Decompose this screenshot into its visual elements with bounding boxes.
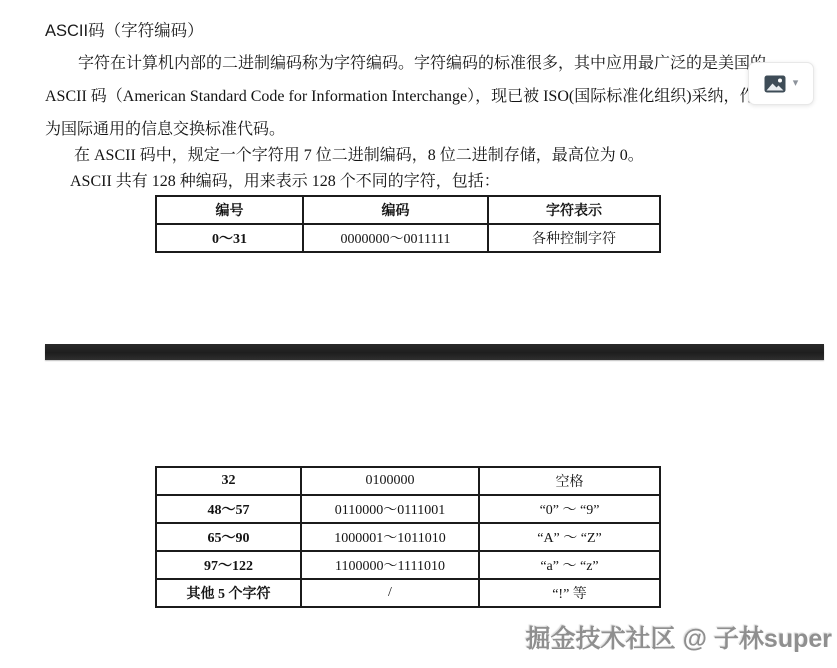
- table-row: 32 0100000 空格: [156, 467, 660, 495]
- table-cell: 0000000～0011111: [303, 224, 488, 252]
- table-header-cell: 字符表示: [488, 196, 660, 224]
- paragraph-line-3: 为国际通用的信息交换标准代码。: [45, 120, 285, 140]
- table-row: 0～31 0000000～0011111 各种控制字符: [156, 224, 660, 252]
- paragraph-line-4: 在 ASCII 码中，规定一个字符用 7 位二进制编码，8 位二进制存储，最高位…: [74, 146, 644, 166]
- table-cell: 1100000～1111010: [301, 551, 479, 579]
- chevron-down-icon: ▾: [793, 78, 799, 89]
- table-cell: 1000001～1011010: [301, 523, 479, 551]
- table-cell: 各种控制字符: [488, 224, 660, 252]
- table-cell: /: [301, 579, 479, 607]
- ascii-table-top: 编号 编码 字符表示 0～31 0000000～0011111 各种控制字符: [155, 195, 661, 253]
- table-cell: “A” ～ “Z”: [479, 523, 660, 551]
- table-cell: 48～57: [156, 495, 301, 523]
- table-cell: 97～122: [156, 551, 301, 579]
- paragraph-line-2: ASCII 码（American Standard Code for Infor…: [45, 87, 756, 107]
- page-break-divider: [45, 344, 824, 360]
- paragraph-line-5: ASCII 共有 128 种编码，用来表示 128 个不同的字符，包括：: [70, 172, 500, 192]
- table-header-cell: 编号: [156, 196, 303, 224]
- table-cell: 其他 5 个字符: [156, 579, 301, 607]
- insert-image-button[interactable]: ▾: [748, 62, 814, 105]
- paragraph-line-1: 字符在计算机内部的二进制编码称为字符编码。字符编码的标准很多，其中应用最广泛的是…: [78, 54, 766, 74]
- table-row: 48～57 0110000～0111001 “0” ～ “9”: [156, 495, 660, 523]
- table-cell: 0110000～0111001: [301, 495, 479, 523]
- document-page: ASCII码（字符编码） 字符在计算机内部的二进制编码称为字符编码。字符编码的标…: [0, 0, 837, 668]
- watermark: 掘金技术社区 @ 子林super: [526, 619, 832, 655]
- table-header-cell: 编码: [303, 196, 488, 224]
- table-cell: 0100000: [301, 467, 479, 495]
- table-cell: “!” 等: [479, 579, 660, 607]
- table-cell: 0～31: [156, 224, 303, 252]
- table-cell: “0” ～ “9”: [479, 495, 660, 523]
- table-cell: “a” ～ “z”: [479, 551, 660, 579]
- table-cell: 空格: [479, 467, 660, 495]
- image-icon: [764, 75, 786, 93]
- table-row: 65～90 1000001～1011010 “A” ～ “Z”: [156, 523, 660, 551]
- page-title: ASCII码（字符编码）: [45, 17, 204, 41]
- table-row: 其他 5 个字符 / “!” 等: [156, 579, 660, 607]
- table-header-row: 编号 编码 字符表示: [156, 196, 660, 224]
- ascii-table-bottom: 32 0100000 空格 48～57 0110000～0111001 “0” …: [155, 466, 661, 608]
- table-cell: 32: [156, 467, 301, 495]
- table-cell: 65～90: [156, 523, 301, 551]
- table-row: 97～122 1100000～1111010 “a” ～ “z”: [156, 551, 660, 579]
